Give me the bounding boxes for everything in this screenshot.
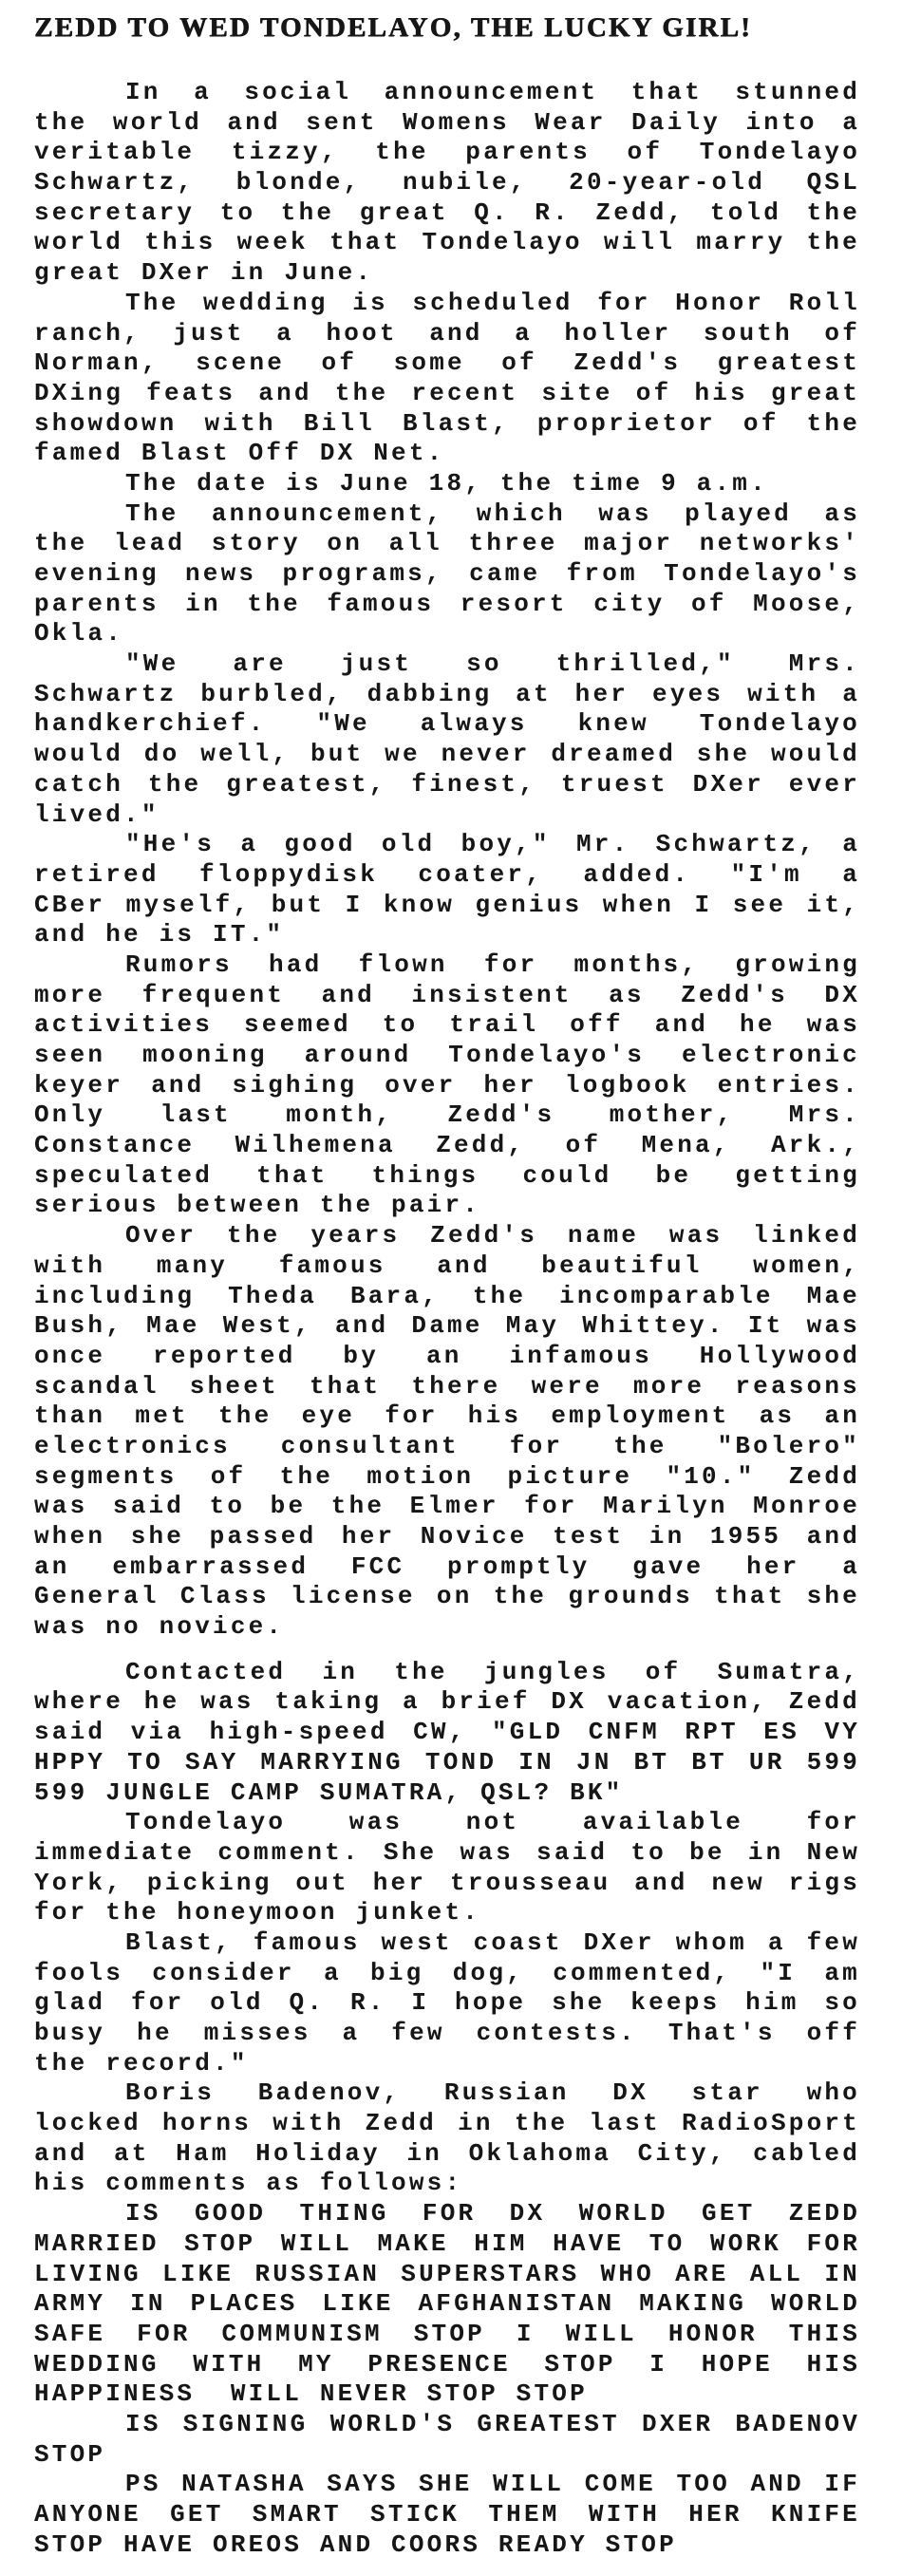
text-line: the record."	[34, 2049, 860, 2079]
paragraph: The wedding is scheduled for Honor Rollr…	[34, 289, 860, 469]
text-line: was said to be the Elmer for Marilyn Mon…	[34, 1492, 860, 1522]
text-line: his comments as follows:	[34, 2169, 860, 2199]
paragraph: Contacted in the jungles of Sumatra,wher…	[34, 1658, 860, 1808]
text-line: ranch, just a hoot and a holler south of	[34, 319, 860, 349]
text-line: the lead story on all three major networ…	[34, 529, 860, 559]
paragraph: "He's a good old boy," Mr. Schwartz, are…	[34, 830, 860, 950]
text-line: IS GOOD THING FOR DX WORLD GET ZEDD	[34, 2199, 860, 2229]
text-line: retired floppydisk coater, added. "I'm a	[34, 860, 860, 891]
text-line: for the honeymoon junket.	[34, 1898, 860, 1928]
text-line: Over the years Zedd's name was linked	[34, 1221, 860, 1251]
text-line: LIVING LIKE RUSSIAN SUPERSTARS WHO ARE A…	[34, 2260, 860, 2290]
text-line: Contacted in the jungles of Sumatra,	[34, 1658, 860, 1688]
text-line: scandal sheet that there were more reaso…	[34, 1372, 860, 1402]
text-line: glad for old Q. R. I hope she keeps him …	[34, 1988, 860, 2019]
text-line: Okla.	[34, 619, 860, 649]
text-line: CBer myself, but I know genius when I se…	[34, 891, 860, 921]
text-line: famed Blast Off DX Net.	[34, 439, 860, 469]
text-line: STOP HAVE OREOS AND COORS READY STOP	[34, 2530, 860, 2561]
text-line: speculated that things could be getting	[34, 1161, 860, 1192]
paragraph: PS NATASHA SAYS SHE WILL COME TOO AND IF…	[34, 2470, 860, 2560]
text-line: WEDDING WITH MY PRESENCE STOP I HOPE HIS	[34, 2350, 860, 2380]
paragraph: Boris Badenov, Russian DX star wholocked…	[34, 2078, 860, 2199]
text-line: Schwartz burbled, dabbing at her eyes wi…	[34, 680, 860, 710]
paragraph: The announcement, which was played asthe…	[34, 499, 860, 649]
text-line: keyer and sighing over her logbook entri…	[34, 1071, 860, 1101]
paragraph: Rumors had flown for months, growingmore…	[34, 950, 860, 1221]
article-headline: ZEDD TO WED TONDELAYO, THE LUCKY GIRL!	[34, 11, 860, 44]
text-line: locked horns with Zedd in the last Radio…	[34, 2109, 860, 2139]
text-line: The announcement, which was played as	[34, 499, 860, 530]
text-line: and he is IT."	[34, 920, 860, 950]
text-line: was no novice.	[34, 1612, 860, 1643]
text-line: than met the eye for his employment as a…	[34, 1401, 860, 1432]
text-line: Tondelayo was not available for	[34, 1808, 860, 1838]
text-line: fools consider a big dog, commented, "I …	[34, 1959, 860, 1989]
text-line: Norman, scene of some of Zedd's greatest	[34, 348, 860, 379]
text-line: lived."	[34, 800, 860, 831]
text-line: ANYONE GET SMART STICK THEM WITH HER KNI…	[34, 2500, 860, 2530]
text-line: more frequent and insistent as Zedd's DX	[34, 981, 860, 1011]
paragraph: The date is June 18, the time 9 a.m.	[34, 469, 860, 499]
text-line: busy he misses a few contests. That's of…	[34, 2019, 860, 2049]
text-line: including Theda Bara, the incomparable M…	[34, 1282, 860, 1312]
text-line: General Class license on the grounds tha…	[34, 1582, 860, 1612]
text-line: ARMY IN PLACES LIKE AFGHANISTAN MAKING W…	[34, 2289, 860, 2320]
paragraph: IS GOOD THING FOR DX WORLD GET ZEDDMARRI…	[34, 2199, 860, 2410]
text-line: York, picking out her trousseau and new …	[34, 1869, 860, 1899]
text-line: HPPY TO SAY MARRYING TOND IN JN BT BT UR…	[34, 1748, 860, 1778]
text-line: with many famous and beautiful women,	[34, 1251, 860, 1282]
text-line: parents in the famous resort city of Moo…	[34, 590, 860, 620]
text-line: The date is June 18, the time 9 a.m.	[34, 469, 860, 499]
text-line: MARRIED STOP WILL MAKE HIM HAVE TO WORK …	[34, 2229, 860, 2260]
text-line: would do well, but we never dreamed she …	[34, 740, 860, 770]
text-line: "We are just so thrilled," Mrs.	[34, 649, 860, 680]
text-line: segments of the motion picture "10." Zed…	[34, 1462, 860, 1493]
text-line: secretary to the great Q. R. Zedd, told …	[34, 198, 860, 229]
paragraph: In a social announcement that stunnedthe…	[34, 78, 860, 289]
text-line: Schwartz, blonde, nubile, 20-year-old QS…	[34, 168, 860, 198]
text-line: IS SIGNING WORLD'S GREATEST DXER BADENOV	[34, 2410, 860, 2440]
text-line: seen mooning around Tondelayo's electron…	[34, 1041, 860, 1071]
text-line: HAPPINESS WILL NEVER STOP STOP	[34, 2379, 860, 2410]
text-line: said via high-speed CW, "GLD CNFM RPT ES…	[34, 1718, 860, 1748]
paragraph: Blast, famous west coast DXer whom a few…	[34, 1928, 860, 2078]
paragraph: IS SIGNING WORLD'S GREATEST DXER BADENOV…	[34, 2410, 860, 2470]
text-line: Only last month, Zedd's mother, Mrs.	[34, 1100, 860, 1131]
article-body: In a social announcement that stunnedthe…	[34, 78, 860, 2560]
text-line: In a social announcement that stunned	[34, 78, 860, 108]
paragraph: "We are just so thrilled," Mrs.Schwartz …	[34, 649, 860, 830]
text-line: when she passed her Novice test in 1955 …	[34, 1522, 860, 1552]
text-line: STOP	[34, 2440, 860, 2471]
text-line: showdown with Bill Blast, proprietor of …	[34, 409, 860, 440]
text-line: Rumors had flown for months, growing	[34, 950, 860, 981]
paragraph: Tondelayo was not available forimmediate…	[34, 1808, 860, 1928]
text-line: where he was taking a brief DX vacation,…	[34, 1687, 860, 1718]
text-line: evening news programs, came from Tondela…	[34, 559, 860, 590]
text-line: immediate comment. She was said to be in…	[34, 1838, 860, 1869]
text-line: Blast, famous west coast DXer whom a few	[34, 1928, 860, 1959]
text-line: The wedding is scheduled for Honor Roll	[34, 289, 860, 319]
text-line: handkerchief. "We always knew Tondelayo	[34, 709, 860, 740]
text-line: electronics consultant for the "Bolero"	[34, 1432, 860, 1462]
text-line: once reported by an infamous Hollywood	[34, 1342, 860, 1372]
text-line: world this week that Tondelayo will marr…	[34, 228, 860, 258]
scanned-article-page: ZEDD TO WED TONDELAYO, THE LUCKY GIRL! I…	[0, 0, 902, 2576]
text-line: "He's a good old boy," Mr. Schwartz, a	[34, 830, 860, 860]
text-line: PS NATASHA SAYS SHE WILL COME TOO AND IF	[34, 2470, 860, 2500]
text-line: SAFE FOR COMMUNISM STOP I WILL HONOR THI…	[34, 2320, 860, 2350]
text-line: Constance Wilhemena Zedd, of Mena, Ark.,	[34, 1131, 860, 1161]
text-line: Bush, Mae West, and Dame May Whittey. It…	[34, 1311, 860, 1342]
text-line: Boris Badenov, Russian DX star who	[34, 2078, 860, 2109]
text-line: activities seemed to trail off and he wa…	[34, 1010, 860, 1041]
text-line: 599 JUNGLE CAMP SUMATRA, QSL? BK"	[34, 1778, 860, 1809]
text-line: the world and sent Womens Wear Daily int…	[34, 108, 860, 139]
text-line: veritable tizzy, the parents of Tondelay…	[34, 138, 860, 168]
paragraph: Over the years Zedd's name was linkedwit…	[34, 1221, 860, 1643]
text-line: DXing feats and the recent site of his g…	[34, 379, 860, 409]
text-line: serious between the pair.	[34, 1191, 860, 1221]
text-line: great DXer in June.	[34, 258, 860, 289]
text-line: an embarrassed FCC promptly gave her a	[34, 1552, 860, 1583]
text-line: catch the greatest, finest, truest DXer …	[34, 770, 860, 800]
text-line: and at Ham Holiday in Oklahoma City, cab…	[34, 2139, 860, 2170]
